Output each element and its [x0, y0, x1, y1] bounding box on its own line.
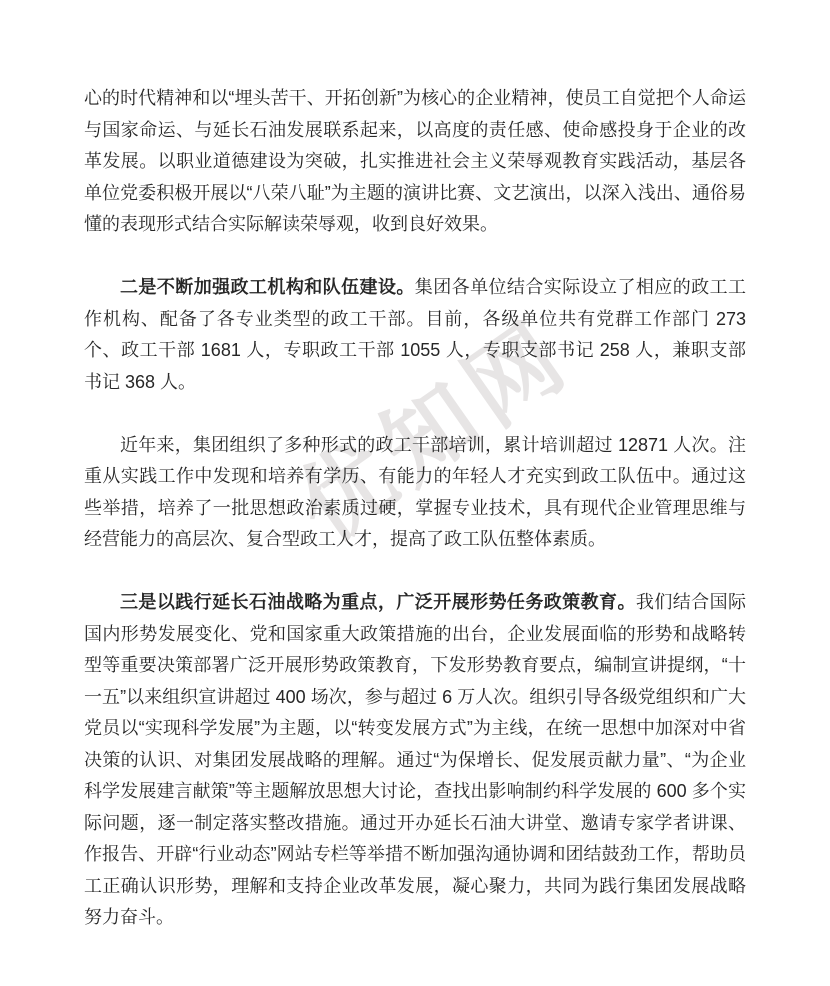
text-run: 近年来，集团组织了多种形式的政工干部培训，累计培训超过 12871 人次。注重从…	[84, 435, 746, 550]
paragraph: 二是不断加强政工机构和队伍建设。集团各单位结合实际设立了相应的政工工作机构、配备…	[84, 272, 746, 398]
text-run: 我们结合国际国内形势发展变化、党和国家重大政策措施的出台，企业发展面临的形势和战…	[84, 592, 746, 927]
text-run: 心的时代精神和以“埋头苦干、开拓创新”为核心的企业精神，使员工自觉把个人命运与国…	[84, 88, 746, 234]
document-page: 优知网 心的时代精神和以“埋头苦干、开拓创新”为核心的企业精神，使员工自觉把个人…	[0, 0, 830, 986]
bold-text-run: 三是以践行延长石油战略为重点，广泛开展形势任务政策教育。	[120, 592, 636, 612]
paragraph: 近年来，集团组织了多种形式的政工干部培训，累计培训超过 12871 人次。注重从…	[84, 430, 746, 556]
bold-text-run: 二是不断加强政工机构和队伍建设。	[120, 277, 415, 297]
paragraph: 三是以践行延长石油战略为重点，广泛开展形势任务政策教育。我们结合国际国内形势发展…	[84, 587, 746, 934]
paragraph: 心的时代精神和以“埋头苦干、开拓创新”为核心的企业精神，使员工自觉把个人命运与国…	[84, 83, 746, 241]
document-content: 心的时代精神和以“埋头苦干、开拓创新”为核心的企业精神，使员工自觉把个人命运与国…	[0, 0, 830, 934]
